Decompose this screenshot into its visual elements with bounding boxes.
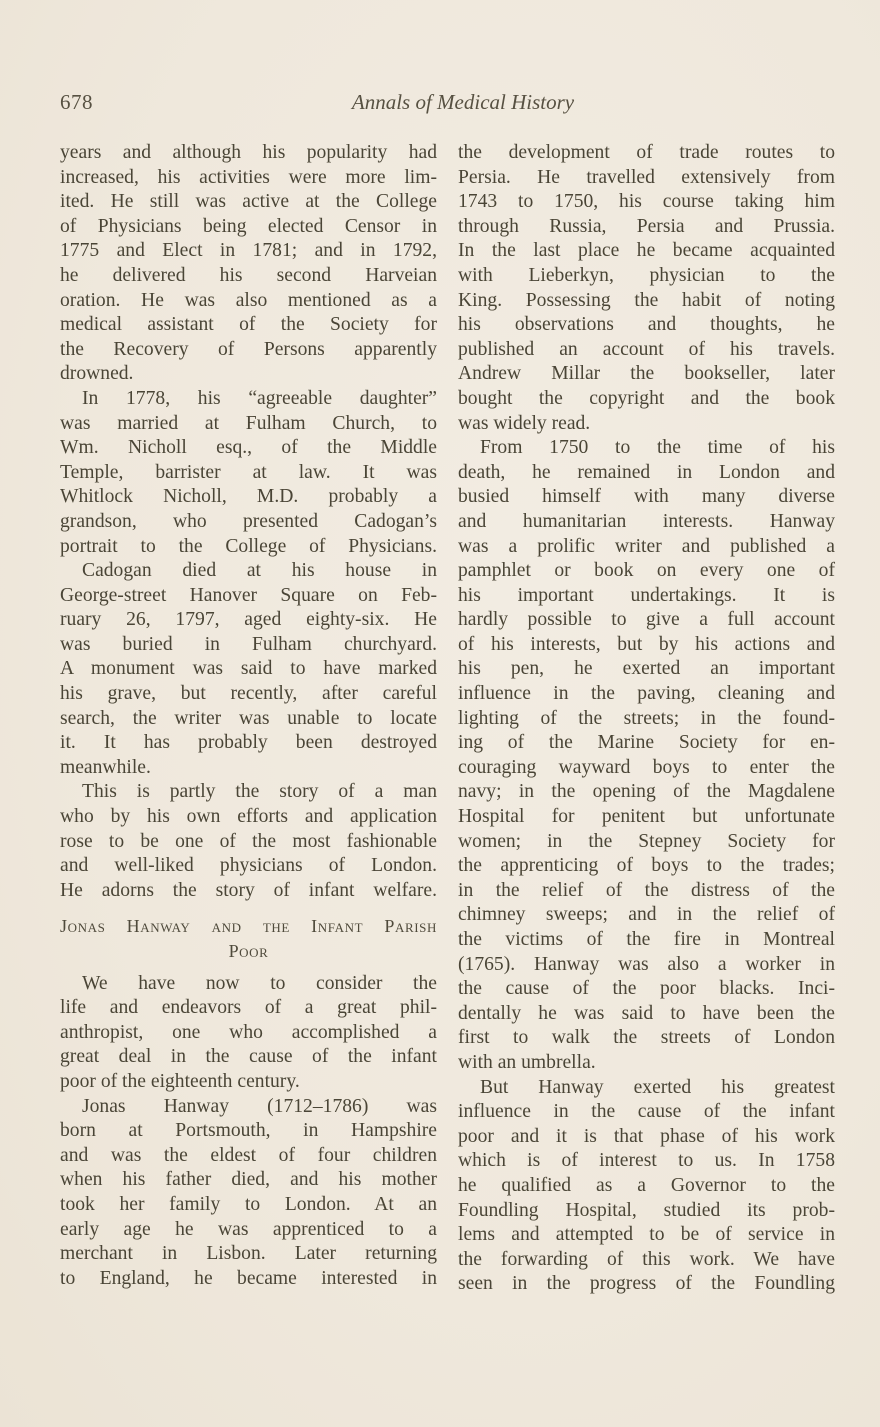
text-line: lems and attempted to be of service in xyxy=(458,1223,835,1248)
text-line: it. It has probably been destroyed xyxy=(60,731,437,756)
text-line: dentally he was said to have been the xyxy=(458,1002,835,1027)
text-line: the apprenticing of boys to the trades; xyxy=(458,854,835,879)
text-line: death, he remained in London and xyxy=(458,461,835,486)
paragraph: This is partly the story of a man who by… xyxy=(60,780,437,903)
text-line: first to walk the streets of London xyxy=(458,1026,835,1051)
text-line: of his interests, but by his actions and xyxy=(458,633,835,658)
text-line: Wm. Nicholl esq., of the Middle xyxy=(60,436,437,461)
text-line: portrait to the College of Physicians. xyxy=(60,535,437,560)
paragraph: years and although his popularity had in… xyxy=(60,141,437,387)
text-line: he qualified as a Governor to the xyxy=(458,1174,835,1199)
text-line: In 1778, his “agreeable daughter” xyxy=(60,387,437,412)
text-line: medical assistant of the Society for xyxy=(60,313,437,338)
text-line: (1765). Hanway was also a worker in xyxy=(458,953,835,978)
paragraph: Jonas Hanway (1712–1786) was born at Por… xyxy=(60,1095,437,1292)
text-line: Andrew Millar the bookseller, later xyxy=(458,362,835,387)
text-line: his observations and thoughts, he xyxy=(458,313,835,338)
text-line: busied himself with many diverse xyxy=(458,485,835,510)
text-line: the cause of the poor blacks. Inci- xyxy=(458,977,835,1002)
text-line: and was the eldest of four children xyxy=(60,1144,437,1169)
text-line: life and endeavors of a great phil- xyxy=(60,996,437,1021)
text-line: 1775 and Elect in 1781; and in 1792, xyxy=(60,239,437,264)
text-line: drowned. xyxy=(60,362,437,387)
left-column: years and although his popularity had in… xyxy=(60,141,437,1291)
text-line: ited. He still was active at the College xyxy=(60,190,437,215)
text-line: early age he was apprenticed to a xyxy=(60,1218,437,1243)
paragraph: From 1750 to the time of his death, he r… xyxy=(458,436,835,1075)
text-line: was a prolific writer and published a xyxy=(458,535,835,560)
text-line: bought the copyright and the book xyxy=(458,387,835,412)
text-line: was buried in Fulham churchyard. xyxy=(60,633,437,658)
text-line: lighting of the streets; in the found- xyxy=(458,707,835,732)
text-line: merchant in Lisbon. Later returning xyxy=(60,1242,437,1267)
text-line: Cadogan died at his house in xyxy=(60,559,437,584)
text-line: George-street Hanover Square on Feb- xyxy=(60,584,437,609)
text-line: ing of the Marine Society for en- xyxy=(458,731,835,756)
text-line: years and although his popularity had xyxy=(60,141,437,166)
text-line: couraging wayward boys to enter the xyxy=(458,756,835,781)
text-line: great deal in the cause of the infant xyxy=(60,1045,437,1070)
text-line: poor and it is that phase of his work xyxy=(458,1125,835,1150)
text-line: We have now to consider the xyxy=(60,972,437,997)
text-line: From 1750 to the time of his xyxy=(458,436,835,461)
paragraph: the development of trade routes to Persi… xyxy=(458,141,835,436)
section-heading-line: Poor xyxy=(60,939,437,964)
text-line: grandson, who presented Cadogan’s xyxy=(60,510,437,535)
text-line: in the relief of the distress of the xyxy=(458,879,835,904)
text-line: ruary 26, 1797, aged eighty-six. He xyxy=(60,608,437,633)
text-line: women; in the Stepney Society for xyxy=(458,830,835,855)
journal-title: Annals of Medical History xyxy=(60,90,836,115)
paragraph: We have now to consider the life and end… xyxy=(60,972,437,1095)
text-line: Hospital for penitent but unfortunate xyxy=(458,805,835,830)
text-line: of Physicians being elected Censor in xyxy=(60,215,437,240)
text-line: Whitlock Nicholl, M.D. probably a xyxy=(60,485,437,510)
text-line: the victims of the fire in Montreal xyxy=(458,928,835,953)
section-heading: Jonas Hanway and the Infant Parish Poor xyxy=(60,914,437,963)
text-line: But Hanway exerted his greatest xyxy=(458,1076,835,1101)
text-line: Jonas Hanway (1712–1786) was xyxy=(60,1095,437,1120)
text-line: his important undertakings. It is xyxy=(458,584,835,609)
text-line: he delivered his second Harveian xyxy=(60,264,437,289)
text-line: and well-liked physicians of London. xyxy=(60,854,437,879)
text-line: anthropist, one who accomplished a xyxy=(60,1021,437,1046)
text-line: was widely read. xyxy=(458,412,835,437)
text-line: 1743 to 1750, his course taking him xyxy=(458,190,835,215)
text-line: and humanitarian interests. Hanway xyxy=(458,510,835,535)
running-head: 678 Annals of Medical History xyxy=(60,90,836,120)
text-line: Foundling Hospital, studied its prob- xyxy=(458,1199,835,1224)
text-line: poor of the eighteenth century. xyxy=(60,1070,437,1095)
text-line: Temple, barrister at law. It was xyxy=(60,461,437,486)
text-line: which is of interest to us. In 1758 xyxy=(458,1149,835,1174)
text-line: influence in the cause of the infant xyxy=(458,1100,835,1125)
text-line: search, the writer was unable to locate xyxy=(60,707,437,732)
text-line: King. Possessing the habit of noting xyxy=(458,289,835,314)
spacer xyxy=(60,964,437,972)
text-line: influence in the paving, cleaning and xyxy=(458,682,835,707)
text-line: his pen, he exerted an important xyxy=(458,657,835,682)
text-line: oration. He was also mentioned as a xyxy=(60,289,437,314)
text-line: He adorns the story of infant welfare. xyxy=(60,879,437,904)
text-line: published an account of his travels. xyxy=(458,338,835,363)
journal-page: 678 Annals of Medical History years and … xyxy=(0,0,880,1427)
text-line: pamphlet or book on every one of xyxy=(458,559,835,584)
text-line: was married at Fulham Church, to xyxy=(60,412,437,437)
text-line: navy; in the opening of the Magdalene xyxy=(458,780,835,805)
text-line: with an umbrella. xyxy=(458,1051,835,1076)
text-line: to England, he became interested in xyxy=(60,1267,437,1292)
text-line: Persia. He travelled extensively from xyxy=(458,166,835,191)
text-line: meanwhile. xyxy=(60,756,437,781)
text-line: This is partly the story of a man xyxy=(60,780,437,805)
text-line: the development of trade routes to xyxy=(458,141,835,166)
text-line: rose to be one of the most fashionable xyxy=(60,830,437,855)
text-line: A monument was said to have marked xyxy=(60,657,437,682)
right-column: the development of trade routes to Persi… xyxy=(458,141,835,1297)
text-line: seen in the progress of the Foundling xyxy=(458,1272,835,1297)
text-line: born at Portsmouth, in Hampshire xyxy=(60,1119,437,1144)
spacer xyxy=(60,903,437,914)
text-line: when his father died, and his mother xyxy=(60,1168,437,1193)
text-line: hardly possible to give a full account xyxy=(458,608,835,633)
text-line: the forwarding of this work. We have xyxy=(458,1248,835,1273)
text-line: increased, his activities were more lim- xyxy=(60,166,437,191)
text-line: through Russia, Persia and Prussia. xyxy=(458,215,835,240)
section-heading-line: Jonas Hanway and the Infant Parish xyxy=(60,914,437,939)
paragraph: Cadogan died at his house in George-stre… xyxy=(60,559,437,780)
text-line: with Lieberkyn, physician to the xyxy=(458,264,835,289)
text-line: In the last place he became acquainted xyxy=(458,239,835,264)
text-line: his grave, but recently, after careful xyxy=(60,682,437,707)
text-line: took her family to London. At an xyxy=(60,1193,437,1218)
text-line: the Recovery of Persons apparently xyxy=(60,338,437,363)
text-line: who by his own efforts and application xyxy=(60,805,437,830)
paragraph: But Hanway exerted his greatest influenc… xyxy=(458,1076,835,1297)
text-line: chimney sweeps; and in the relief of xyxy=(458,903,835,928)
paragraph: In 1778, his “agreeable daughter” was ma… xyxy=(60,387,437,559)
